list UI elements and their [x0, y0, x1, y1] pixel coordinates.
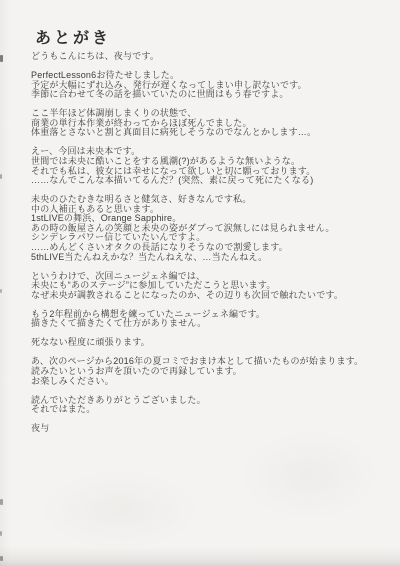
paragraph: ここ半年ほど体調崩しまくりの状態で、商業の単行本作業が終わってからほぼ死んでまし… — [31, 109, 386, 138]
text-line: 死なない程度に頑張ります。 — [31, 338, 386, 348]
page-title: あとがき — [35, 25, 111, 48]
paragraph: えー、今回は未央本です。世間では未央に酷いことをする風潮(?)があるような無いよ… — [31, 147, 386, 185]
text-line: 5thLIVE当たんねえかな？当たんねえな、…当たんねえ。 — [31, 253, 386, 263]
scan-artifact — [0, 556, 3, 561]
scan-artifact — [0, 499, 3, 505]
paragraph: 読んでいただきありがとうございました。それではまた。 — [31, 396, 386, 415]
paragraph: もう2年程前から構想を練っていたニュージェネ編です。描きたくて描きたくて仕方があ… — [31, 310, 386, 329]
scan-artifact — [0, 174, 2, 179]
scan-artifact — [0, 55, 3, 62]
text-line: それではまた。 — [31, 405, 386, 415]
text-line: 季節に合わせて冬の話を描いていたのに世間はもう春ですよ。 — [31, 90, 386, 100]
paragraph: あ、次のページから2016年の夏コミでおまけ本として描いたものが始まります。読み… — [31, 357, 386, 386]
scan-artifact — [0, 531, 2, 536]
text-line: ……なんでこんな本描いてるんだ？(突然、素に戻って死にたくなる) — [31, 176, 386, 186]
scan-blotch — [240, 430, 380, 520]
text-line: なぜ未央が調教されることになったのか、その辺りも次回で触れたいです。 — [31, 291, 386, 301]
afterword-body: どうもこんにちは、夜与です。PerfectLesson6お待たせしました。予定が… — [31, 52, 386, 443]
paragraph: PerfectLesson6お待たせしました。予定が大幅にずれ込み、発行が遅くな… — [31, 71, 386, 100]
scan-blotch — [40, 470, 200, 550]
scan-artifact — [0, 289, 2, 293]
text-line: どうもこんにちは、夜与です。 — [31, 52, 386, 62]
paragraph: どうもこんにちは、夜与です。 — [31, 52, 386, 62]
paragraph: というわけで、次回ニュージェネ編では、未央にも“あのステージ”に参加していただこ… — [31, 272, 386, 301]
afterword-page: あとがき どうもこんにちは、夜与です。PerfectLesson6お待たせしまし… — [0, 0, 400, 566]
paragraph: 未央のひたむきな明るさと健気さ、好きなんです私。中の人補正もあると思います。1s… — [31, 195, 386, 262]
paragraph: 死なない程度に頑張ります。 — [31, 338, 386, 348]
text-line: お楽しみください。 — [31, 377, 386, 387]
text-line: 描きたくて描きたくて仕方がありません。 — [31, 319, 386, 329]
text-line: 体重落とさないと割と真面目に病死しそうなのでなんとかします…。 — [31, 128, 386, 138]
